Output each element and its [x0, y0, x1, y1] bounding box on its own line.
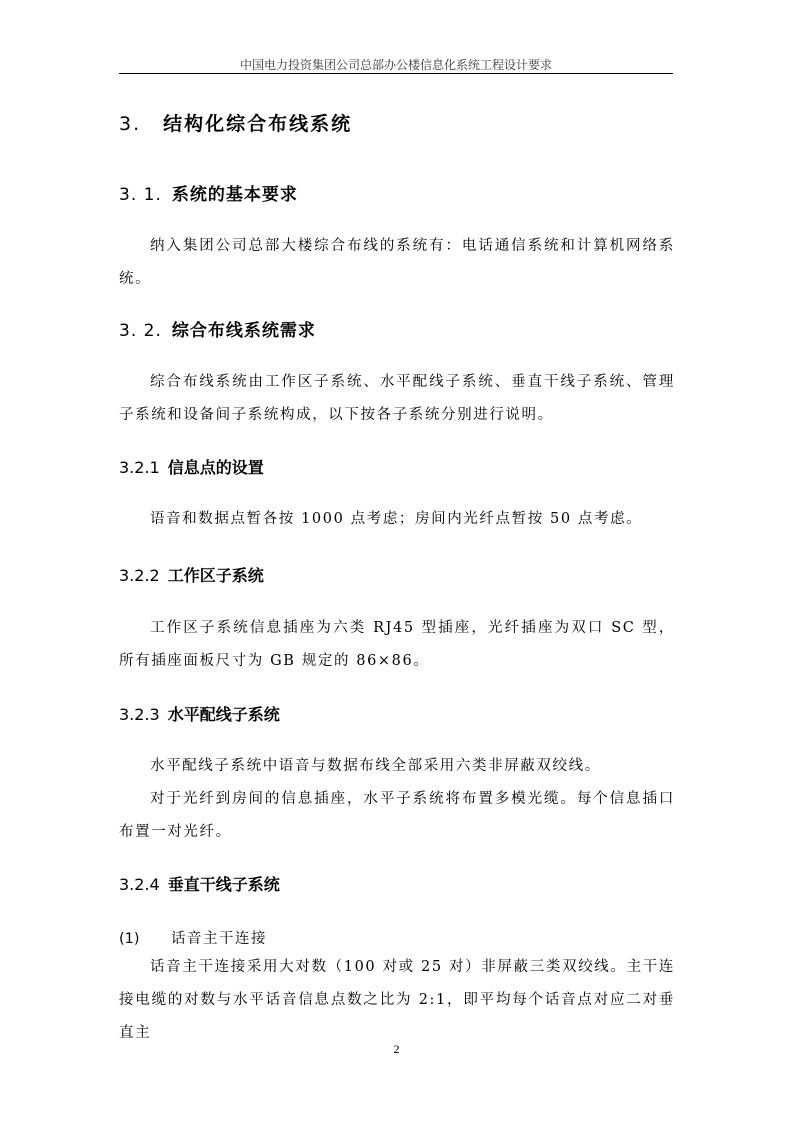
heading-number: 3.2.3 [119, 705, 160, 724]
paragraph-3-2-1: 语音和数据点暂各按 1000 点考虑；房间内光纤点暂按 50 点考虑。 [119, 503, 675, 536]
heading-number: 3. [119, 113, 141, 135]
page-number: 2 [0, 1042, 793, 1057]
heading-number: 3.2.4 [119, 875, 160, 894]
heading-section-3-2-2: 3.2.2工作区子系统 [119, 563, 264, 586]
header-divider [119, 73, 673, 74]
heading-section-3-2-4: 3.2.4垂直干线子系统 [119, 872, 280, 895]
list-item-voice-backbone: (1)话音主干连接 [119, 927, 267, 948]
heading-section-3: 3.结构化综合布线系统 [119, 109, 352, 136]
list-label: 话音主干连接 [171, 931, 267, 947]
running-header: 中国电力投资集团公司总部办公楼信息化系统工程设计要求 [119, 56, 673, 73]
paragraph-3-2-2: 工作区子系统信息插座为六类 RJ45 型插座，光纤插座为双口 SC 型，所有插座… [119, 612, 675, 678]
heading-section-3-2: 3. 2.综合布线系统需求 [119, 316, 316, 341]
heading-title: 综合布线系统需求 [172, 321, 316, 341]
heading-section-3-2-3: 3.2.3水平配线子系统 [119, 702, 280, 725]
heading-number: 3.2.2 [119, 566, 160, 585]
heading-section-3-1: 3. 1.系统的基本要求 [119, 180, 298, 205]
heading-title: 信息点的设置 [168, 458, 264, 477]
heading-number: 3.2.1 [119, 458, 160, 477]
heading-title: 垂直干线子系统 [168, 875, 280, 894]
paragraph-3-2-3-b: 对于光纤到房间的信息插座，水平子系统将布置多模光缆。每个信息插口布置一对光纤。 [119, 783, 675, 849]
heading-title: 结构化综合布线系统 [163, 113, 352, 135]
paragraph-3-2-4: 话音主干连接采用大对数（100 对或 25 对）非屏蔽三类双绞线。主干连接电缆的… [119, 951, 675, 1050]
paragraph-3-2-3-a: 水平配线子系统中语音与数据布线全部采用六类非屏蔽双绞线。 [119, 750, 675, 783]
heading-title: 系统的基本要求 [172, 185, 298, 205]
paragraph-3-2: 综合布线系统由工作区子系统、水平配线子系统、垂直干线子系统、管理子系统和设备间子… [119, 366, 675, 432]
heading-title: 水平配线子系统 [168, 705, 280, 724]
heading-number: 3. 1. [119, 185, 162, 205]
paragraph-3-1: 纳入集团公司总部大楼综合布线的系统有：电话通信系统和计算机网络系统。 [119, 230, 675, 296]
document-page: 中国电力投资集团公司总部办公楼信息化系统工程设计要求 3.结构化综合布线系统 3… [0, 0, 793, 1122]
heading-number: 3. 2. [119, 321, 162, 341]
heading-title: 工作区子系统 [168, 566, 264, 585]
list-marker: (1) [119, 931, 171, 947]
heading-section-3-2-1: 3.2.1信息点的设置 [119, 455, 264, 478]
